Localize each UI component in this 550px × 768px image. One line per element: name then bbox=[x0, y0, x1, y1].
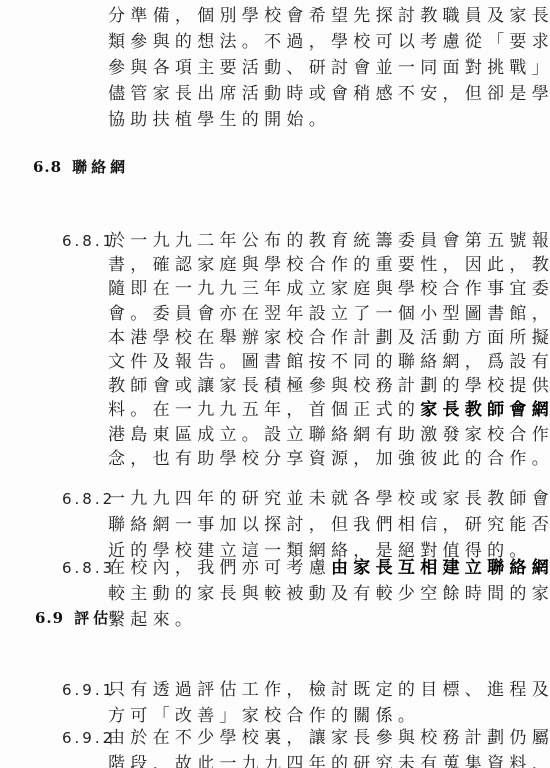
text-line: 本港學校在舉辦家校合作計劃及活動方面所擬備的 bbox=[108, 326, 550, 350]
text-line: 類參與的想法。不過，學校可以考慮從「要求家長 bbox=[108, 30, 550, 54]
text-line: 於一九九二年公布的教育統籌委員會第五號報告 bbox=[108, 229, 550, 253]
text-line: 念，也有助學校分享資源，加強彼此的合作。 bbox=[108, 447, 550, 471]
text-segment: 在校內，我們亦可考慮 bbox=[108, 558, 331, 578]
section-heading-6-9: 6.9評估 bbox=[35, 607, 112, 628]
scanned-page: 分準備，個別學校會希望先探討教職員及家長對這 類參與的想法。不過，學校可以考慮從… bbox=[0, 0, 550, 768]
text-line: 儘管家長出席活動時或會稍感不安，但卻是學習及 bbox=[108, 82, 550, 106]
text-line: 由於在不少學校裏，讓家長參與校務計劃仍屬起步 bbox=[108, 726, 550, 750]
text-line: 料。在一九九五年，首個正式的家長教師會網絡在 bbox=[108, 398, 550, 422]
text-line: 較主動的家長與較被動及有較少空餘時間的家長聯 bbox=[108, 582, 550, 606]
text-line: 分準備，個別學校會希望先探討教職員及家長對這 bbox=[108, 4, 550, 28]
text-line: 港島東區成立。設立聯絡網有助激發家校合作的意 bbox=[108, 423, 550, 447]
text-line: 文件及報告。圖書館按不同的聯絡網，爲設有家長 bbox=[108, 350, 550, 374]
text-line: 聯絡網一事加以探討，但我們相信，研究能否爲鄰 bbox=[108, 513, 550, 537]
section-title: 評估 bbox=[74, 609, 112, 627]
text-line: 一九九四年的研究並未就各學校或家長教師會建立 bbox=[108, 487, 550, 511]
text-line: 教師會或讓家長積極參與校務計劃的學校提供資 bbox=[108, 374, 550, 398]
text-line: 在校內，我們亦可考慮由家長互相建立聯絡網，把 bbox=[108, 556, 550, 580]
section-heading-6-8: 6.8聯絡網 bbox=[33, 156, 129, 177]
text-line: 只有透過評估工作，檢討既定的目標、進程及成效， bbox=[108, 678, 550, 702]
bold-term-ptanetwork: 家長教師會網絡 bbox=[420, 400, 550, 420]
text-line: 協助扶植學生的開始。 bbox=[108, 108, 331, 132]
text-segment: 料。在一九九五年，首個正式的 bbox=[108, 400, 420, 420]
section-number: 6.9 bbox=[35, 609, 64, 627]
text-line: 繫起來。 bbox=[108, 608, 197, 632]
text-line: 書，確認家庭與學校合作的重要性，因此，教育署 bbox=[108, 253, 550, 277]
text-line: 隨即在一九九三年成立家庭與學校合作事宜委員 bbox=[108, 277, 550, 301]
text-line: 階段，故此一九九四年的研究未有蒐集資料，研究 bbox=[108, 752, 550, 768]
bold-term-parent-network: 由家長互相建立聯絡網 bbox=[331, 558, 550, 578]
text-line: 會。委員會亦在翌年設立了一個小型圖書館，收集 bbox=[108, 302, 550, 326]
text-line: 方可「改善」家校合作的關係。 bbox=[108, 704, 420, 728]
section-title: 聯絡網 bbox=[72, 158, 129, 176]
section-number: 6.8 bbox=[33, 158, 62, 176]
text-line: 參與各項主要活動、研討會並一同面對挑戰」出發。 bbox=[108, 56, 550, 80]
